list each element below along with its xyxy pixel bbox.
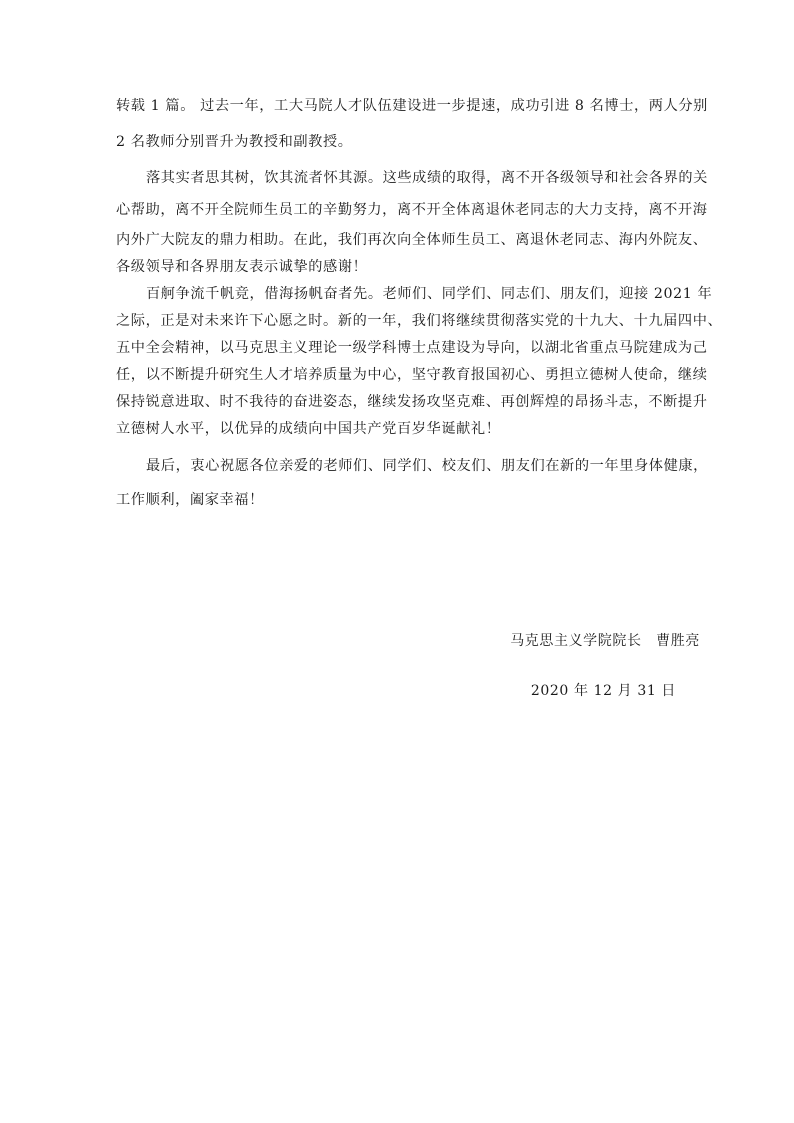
paragraph-3-line-4: 任，以不断提升研究生人才培养质量为中心，坚守教育报国初心、勇担立德树人使命，继续 xyxy=(116,366,676,384)
paragraph-4-line-2: 工作顺利，阖家幸福！ xyxy=(116,491,676,509)
paragraph-2-line-3: 内外广大院友的鼎力相助。在此，我们再次向全体师生员工、离退休老同志、海内外院友、 xyxy=(116,231,676,249)
paragraph-3-line-1: 百舸争流千帆竞，借海扬帆奋者先。老师们、同学们、同志们、朋友们，迎接 2021 … xyxy=(146,285,676,303)
paragraph-3-line-6: 立德树人水平，以优异的成绩向中国共产党百岁华诞献礼！ xyxy=(116,420,676,438)
paragraph-2-line-2: 心帮助，离不开全院师生员工的辛勤努力，离不开全体离退休老同志的大力支持，离不开海 xyxy=(116,201,676,219)
paragraph-1-line-1: 转载 1 篇。 过去一年，工大马院人才队伍建设进一步提速，成功引进 8 名博士，… xyxy=(116,97,676,115)
paragraph-2-line-4: 各级领导和各界朋友表示诚挚的感谢！ xyxy=(116,258,676,276)
paragraph-3-line-2: 之际，正是对未来许下心愿之时。新的一年，我们将继续贯彻落实党的十九大、十九届四中… xyxy=(116,312,676,330)
paragraph-1-line-2: 2 名教师分别晋升为教授和副教授。 xyxy=(116,133,676,151)
paragraph-2-line-1: 落其实者思其树，饮其流者怀其源。这些成绩的取得，离不开各级领导和社会各界的关 xyxy=(146,169,676,187)
paragraph-3-line-3: 五中全会精神，以马克思主义理论一级学科博士点建设为导向，以湖北省重点马院建成为己 xyxy=(116,339,676,357)
signature-date: 2020 年 12 月 31 日 xyxy=(531,682,676,700)
paragraph-3-line-5: 保持锐意进取、时不我待的奋进姿态，继续发扬攻坚克难、再创辉煌的昂扬斗志，不断提升 xyxy=(116,393,676,411)
signature-title-name: 马克思主义学院院长 曹胜亮 xyxy=(510,632,700,650)
document-page: 转载 1 篇。 过去一年，工大马院人才队伍建设进一步提速，成功引进 8 名博士，… xyxy=(0,0,794,1123)
paragraph-4-line-1: 最后，衷心祝愿各位亲爱的老师们、同学们、校友们、朋友们在新的一年里身体健康， xyxy=(146,457,676,475)
